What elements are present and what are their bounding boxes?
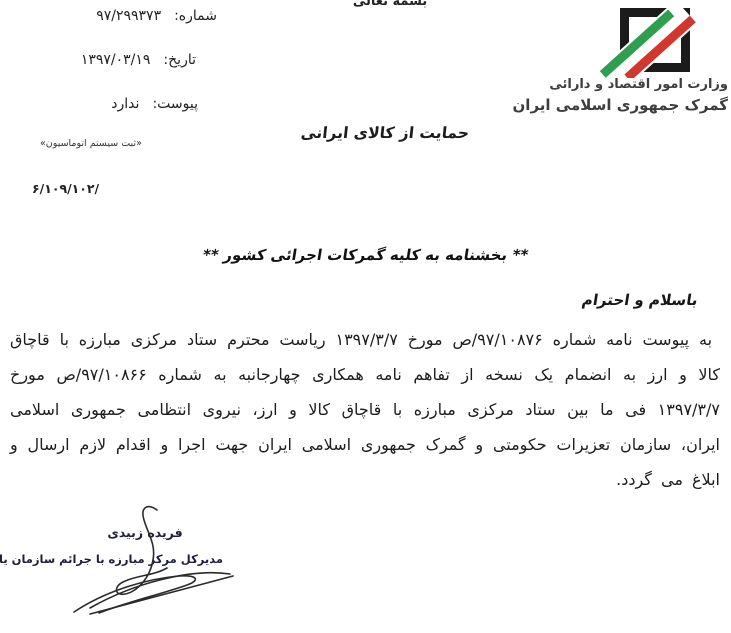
internal-ref-code: ۶/۱۰۹/۱۰۲/ bbox=[32, 181, 99, 196]
salutation: باسلام و احترام bbox=[581, 291, 700, 309]
field-letter-date: تاریخ: ۱۳۹۷/۰۳/۱۹ bbox=[81, 52, 196, 68]
letter-number-label: شماره: bbox=[174, 8, 217, 24]
customs-logo bbox=[598, 2, 702, 78]
attachment-value: ندارد bbox=[111, 96, 139, 112]
letter-page: بسمه تعالی شماره: ۹۷/۲۹۹۳۷۳ تاریخ: ۱۳۹۷/… bbox=[0, 0, 731, 633]
customs-logo-icon bbox=[598, 2, 702, 78]
year-slogan: حمایت از کالای ایرانی bbox=[284, 124, 486, 142]
letter-date-label: تاریخ: bbox=[163, 52, 196, 68]
field-letter-number: شماره: ۹۷/۲۹۹۳۷۳ bbox=[96, 8, 217, 24]
letter-body: به پیوست نامه شماره ۹۷/۱۰۸۷۶/ص مورخ ۱۳۹۷… bbox=[10, 322, 720, 497]
circular-heading: ** بخشنامه به کلیه گمرکات اجرائی کشور ** bbox=[0, 246, 731, 264]
automation-registration-note: «ثبت سیستم اتوماسیون» bbox=[40, 138, 142, 149]
ministry-name: وزارت امور اقتصاد و دارائی bbox=[549, 77, 728, 92]
letter-date-value: ۱۳۹۷/۰۳/۱۹ bbox=[81, 52, 151, 68]
attachment-label: پیوست: bbox=[152, 96, 198, 112]
customs-org-name: گمرک جمهوری اسلامی ایران bbox=[513, 96, 729, 114]
signature-icon bbox=[52, 500, 257, 628]
letter-number-value: ۹۷/۲۹۹۳۷۳ bbox=[96, 8, 161, 24]
besmeleh-text: بسمه تعالی bbox=[330, 0, 450, 9]
field-attachment: پیوست: ندارد bbox=[111, 96, 198, 112]
